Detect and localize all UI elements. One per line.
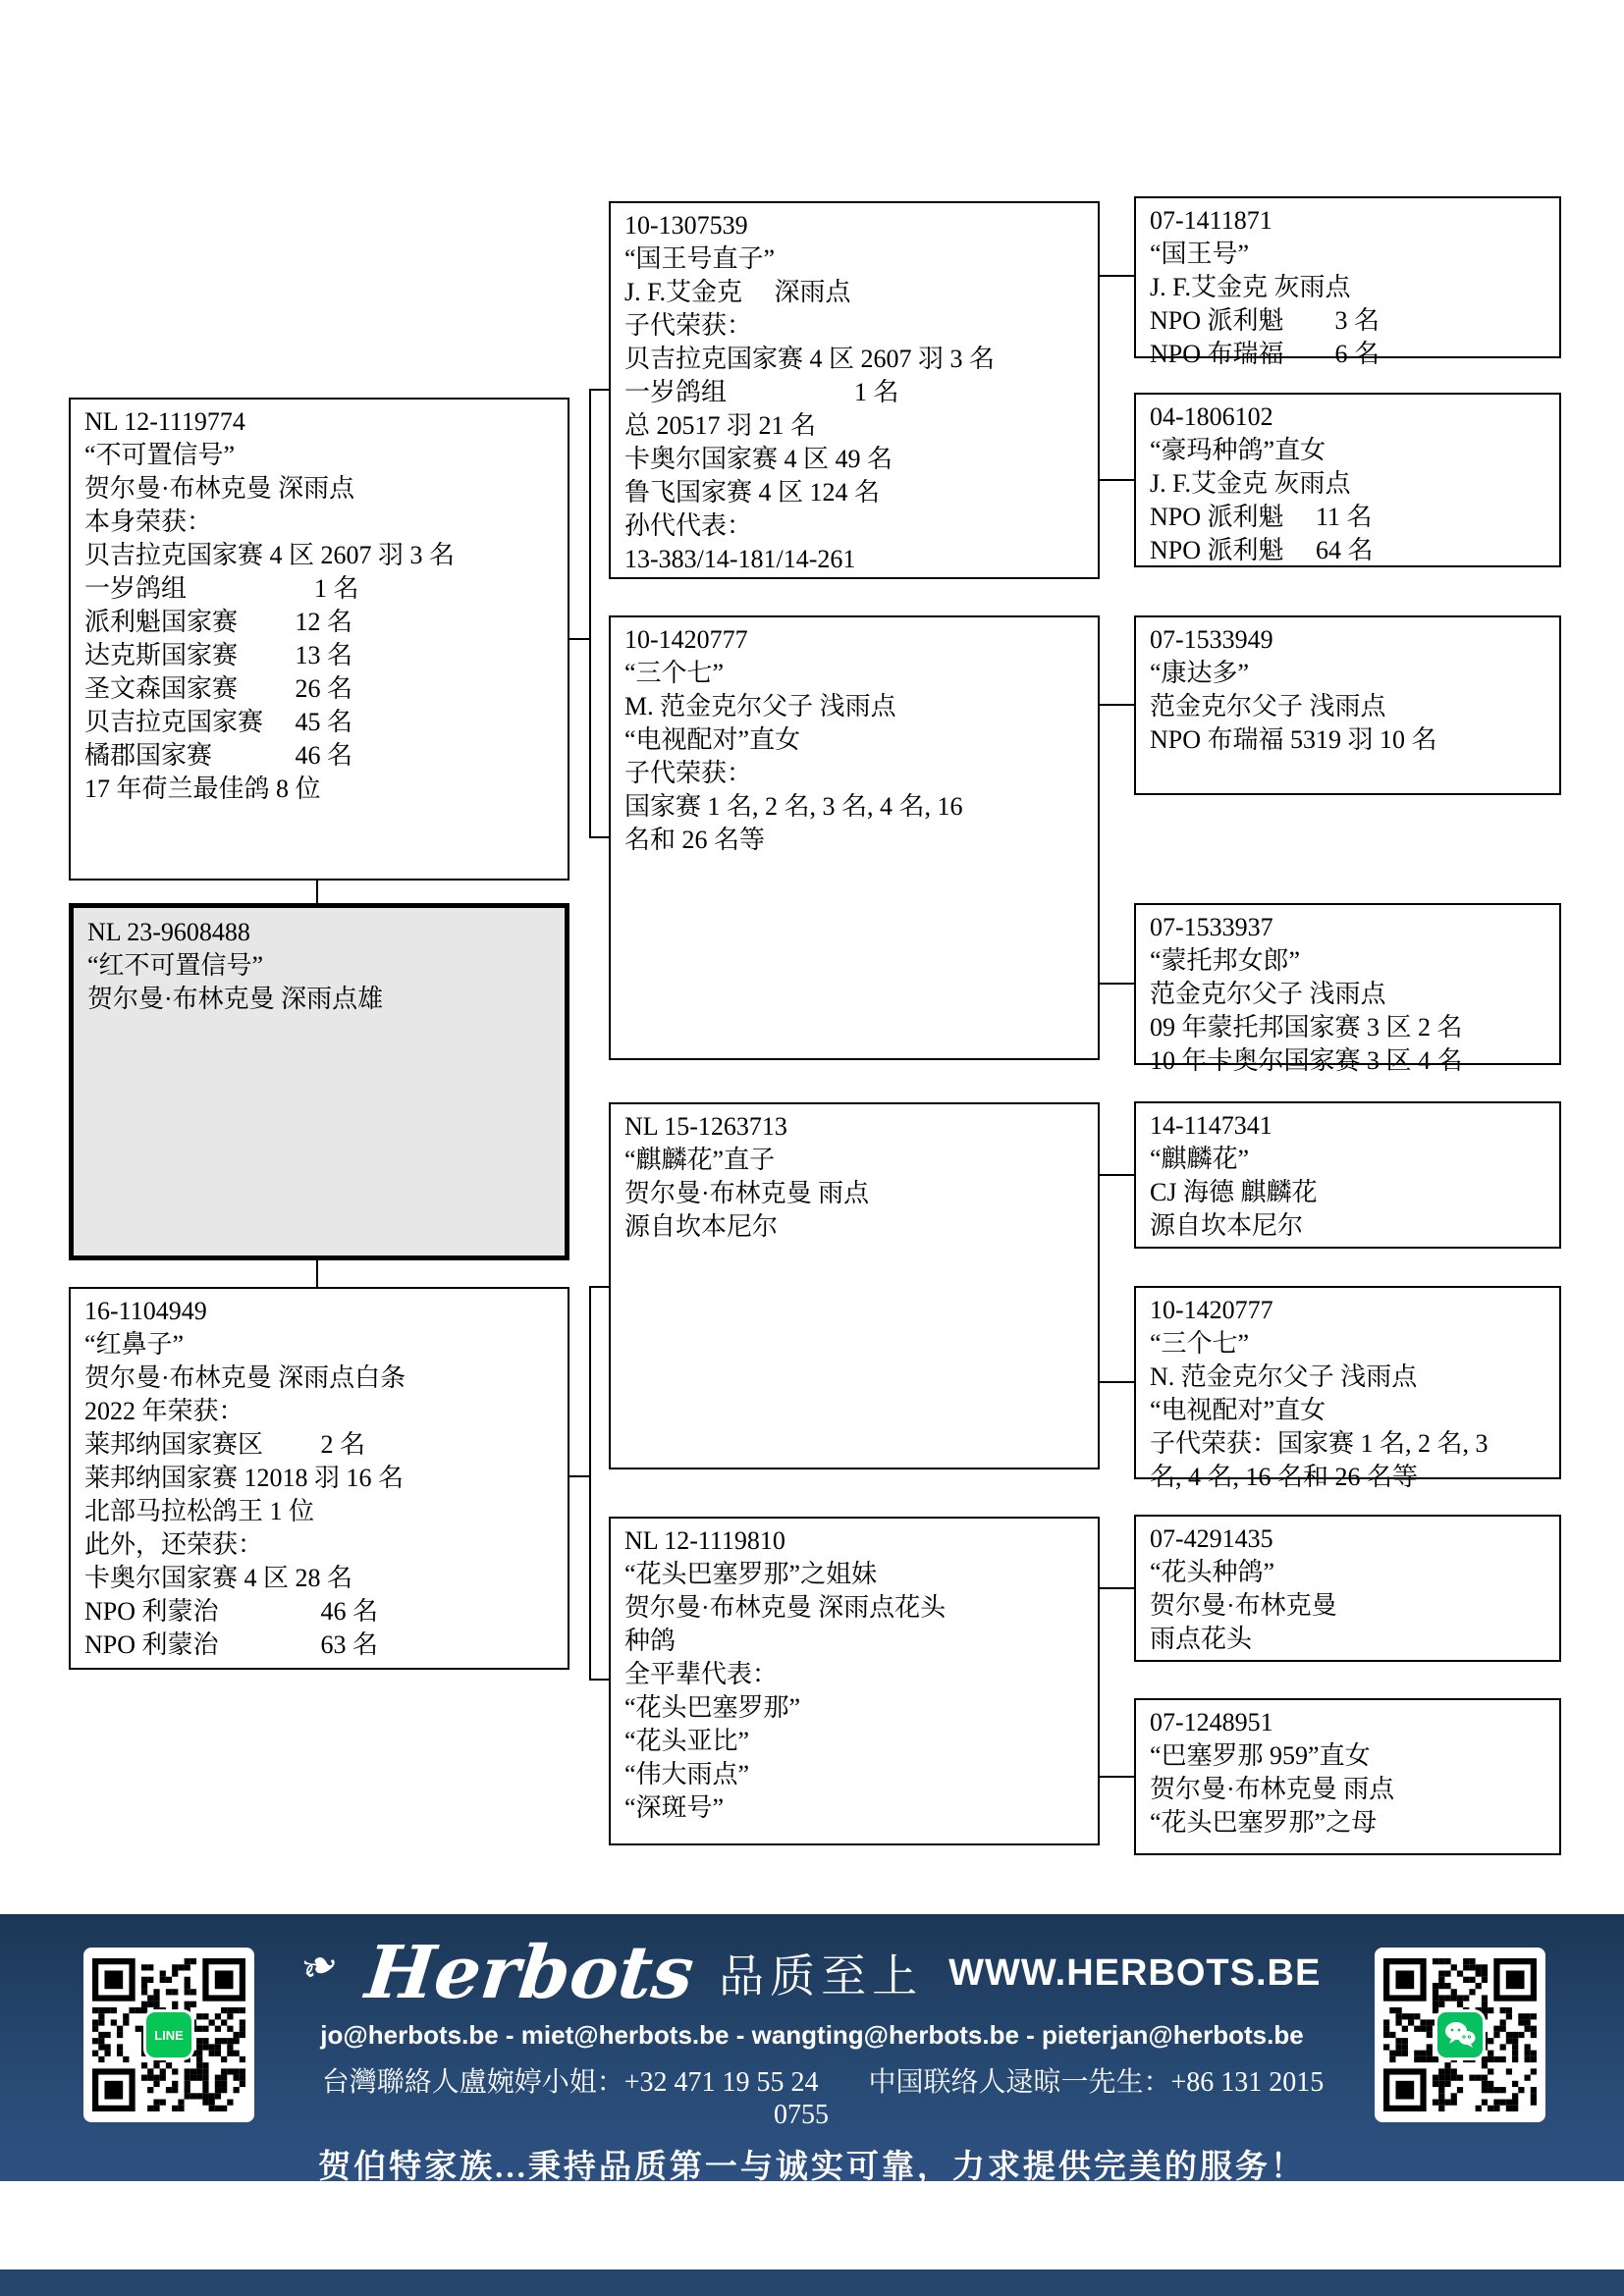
text-line: “三个七” — [1150, 1327, 1547, 1361]
text-line: 雨点花头 — [1150, 1623, 1547, 1656]
connector-line — [316, 881, 318, 905]
pedigree-box-father-mother: 10-1420777“三个七”M. 范金克尔父子 浅雨点“电视配对”直女子代荣获… — [609, 615, 1100, 1060]
connector-line — [1100, 275, 1134, 277]
text-line: 07-1248951 — [1150, 1706, 1547, 1739]
text-line: 名, 4 名, 16 名和 26 名等 — [1150, 1461, 1547, 1494]
wechat-bubbles-glyph — [1443, 2020, 1477, 2050]
connector-line — [589, 389, 609, 391]
footer-contacts: 台灣聯絡人盧婉婷小姐：+32 471 19 55 24 中国联络人逯晾一先生：+… — [270, 2060, 1354, 2131]
text-line: 10-1420777 — [1150, 1294, 1547, 1327]
text-line: NPO 利蒙治 63 名 — [84, 1629, 556, 1662]
text-line: 种鸽 — [624, 1625, 1086, 1658]
text-line: 07-1411871 — [1150, 204, 1547, 238]
text-line: NPO 派利魁 64 名 — [1150, 534, 1547, 567]
text-line: 橘郡国家赛 46 名 — [84, 739, 556, 773]
text-line: 贝吉拉克国家赛 45 名 — [84, 706, 556, 739]
pedigree-box-mother-mother: NL 12-1119810“花头巴塞罗那”之姐妹贺尔曼·布林克曼 深雨点花头种鸽… — [609, 1517, 1100, 1845]
text-line: 源自坎本尼尔 — [624, 1210, 1086, 1244]
text-line: 贺尔曼·布林克曼 深雨点白条 — [84, 1362, 556, 1395]
text-line: “电视配对”直女 — [1150, 1394, 1547, 1427]
text-line: 贺尔曼·布林克曼 深雨点雄 — [87, 983, 553, 1016]
footer-slogan: 贺伯特家族...秉持品质第一与诚实可靠，力求提供完美的服务！ — [270, 2141, 1354, 2187]
pedigree-box-father-father: 10-1307539“国王号直子”J. F.艾金克 深雨点子代荣获：贝吉拉克国家… — [609, 201, 1100, 579]
text-line: “电视配对”直女 — [624, 723, 1086, 757]
connector-line — [589, 389, 591, 838]
text-line: “花头亚比” — [624, 1725, 1086, 1758]
text-line: “花头巴塞罗那”之姐妹 — [624, 1558, 1086, 1591]
text-line: NPO 利蒙治 46 名 — [84, 1595, 556, 1629]
text-line: “红鼻子” — [84, 1328, 556, 1362]
text-line: “伟大雨点” — [624, 1758, 1086, 1791]
pedigree-box-mother-father: NL 15-1263713“麒麟花”直子贺尔曼·布林克曼 雨点源自坎本尼尔 — [609, 1102, 1100, 1469]
footer-logo-row: ❧ Herbots 品质至上 WWW.HERBOTS.BE — [270, 1928, 1354, 2018]
herbots-logo: Herbots — [362, 1937, 697, 2009]
text-line: 鲁飞国家赛 4 区 124 名 — [624, 476, 1086, 509]
text-line: NL 15-1263713 — [624, 1110, 1086, 1144]
text-line: 范金克尔父子 浅雨点 — [1150, 690, 1547, 723]
pedigree-box-mmm: 07-1248951“巴塞罗那 959”直女贺尔曼·布林克曼 雨点“花头巴塞罗那… — [1134, 1698, 1561, 1855]
pedigree-box-mff: 14-1147341“麒麟花”CJ 海德 麒麟花源自坎本尼尔 — [1134, 1101, 1561, 1249]
wechat-icon — [1435, 2009, 1486, 2060]
bottom-page-bar — [0, 2269, 1624, 2296]
text-line: 贝吉拉克国家赛 4 区 2607 羽 3 名 — [624, 343, 1086, 376]
text-line: J. F.艾金克 灰雨点 — [1150, 467, 1547, 501]
text-line: 贺尔曼·布林克曼 雨点 — [1150, 1773, 1547, 1806]
text-line: 14-1147341 — [1150, 1109, 1547, 1143]
text-line: 07-1533949 — [1150, 623, 1547, 657]
text-line: 范金克尔父子 浅雨点 — [1150, 978, 1547, 1011]
footer-emails: jo@herbots.be - miet@herbots.be - wangti… — [270, 2020, 1354, 2051]
pedigree-box-fmm: 07-1533937“蒙托邦女郎”范金克尔父子 浅雨点09 年蒙托邦国家赛 3 … — [1134, 903, 1561, 1065]
text-line: “三个七” — [624, 657, 1086, 690]
text-line: “花头巴塞罗那” — [624, 1691, 1086, 1725]
text-line: 本身荣获： — [84, 506, 556, 539]
text-line: 贺尔曼·布林克曼 — [1150, 1589, 1547, 1623]
connector-line — [589, 1286, 591, 1681]
text-line: 贺尔曼·布林克曼 深雨点 — [84, 472, 556, 506]
connector-line — [589, 1679, 609, 1681]
text-line: 贝吉拉克国家赛 4 区 2607 羽 3 名 — [84, 539, 556, 572]
text-line: 派利魁国家赛 12 名 — [84, 606, 556, 639]
text-line: “麒麟花” — [1150, 1143, 1547, 1176]
text-line: “国王号直子” — [624, 242, 1086, 276]
footer-tagline: 品质至上 — [719, 1941, 923, 2005]
connector-line — [1100, 1587, 1134, 1589]
text-line: 莱邦纳国家赛 12018 羽 16 名 — [84, 1462, 556, 1495]
connector-line — [1100, 704, 1134, 706]
text-line: M. 范金克尔父子 浅雨点 — [624, 690, 1086, 723]
text-line: NL 12-1119774 — [84, 405, 556, 439]
text-line: 子代荣获：国家赛 1 名, 2 名, 3 — [1150, 1427, 1547, 1461]
text-line: 达克斯国家赛 13 名 — [84, 639, 556, 672]
text-line: “康达多” — [1150, 657, 1547, 690]
text-line: 04-1806102 — [1150, 400, 1547, 434]
connector-line — [1100, 1776, 1134, 1778]
connector-line — [1100, 1174, 1134, 1176]
text-line: 此外，还荣获： — [84, 1528, 556, 1562]
text-line: 子代荣获： — [624, 309, 1086, 343]
text-line: “花头种鸽” — [1150, 1556, 1547, 1589]
text-line: “豪玛种鸽”直女 — [1150, 434, 1547, 467]
pedigree-box-ffm: 04-1806102“豪玛种鸽”直女J. F.艾金克 灰雨点NPO 派利魁 11… — [1134, 393, 1561, 567]
text-line: 卡奥尔国家赛 4 区 49 名 — [624, 443, 1086, 476]
connector-line — [1100, 1381, 1134, 1383]
text-line: 2022 年荣获： — [84, 1395, 556, 1428]
pedigree-box-mmf: 07-4291435“花头种鸽”贺尔曼·布林克曼雨点花头 — [1134, 1515, 1561, 1662]
feather-icon: ❧ — [293, 1935, 347, 1998]
footer-banner: LINE ❧ Herbots 品质至上 — [0, 1914, 1624, 2181]
text-line: 名和 26 名等 — [624, 824, 1086, 857]
pedigree-box-mfm: 10-1420777“三个七”N. 范金克尔父子 浅雨点“电视配对”直女子代荣获… — [1134, 1286, 1561, 1479]
text-line: “花头巴塞罗那”之母 — [1150, 1806, 1547, 1840]
text-line: 卡奥尔国家赛 4 区 28 名 — [84, 1562, 556, 1595]
text-line: 一岁鸽组 1 名 — [84, 572, 556, 606]
wechat-qr-code — [1375, 1948, 1545, 2122]
text-line: “深斑号” — [624, 1791, 1086, 1825]
pedigree-box-subject: NL 23-9608488“红不可置信号”贺尔曼·布林克曼 深雨点雄 — [69, 903, 569, 1260]
text-line: NPO 派利魁 11 名 — [1150, 501, 1547, 534]
connector-line — [1100, 983, 1134, 985]
text-line: “红不可置信号” — [87, 949, 553, 983]
text-line: “国王号” — [1150, 238, 1547, 271]
text-line: NPO 派利魁 3 名 — [1150, 304, 1547, 338]
pedigree-box-mother: 16-1104949“红鼻子”贺尔曼·布林克曼 深雨点白条2022 年荣获：莱邦… — [69, 1287, 569, 1670]
footer-content: ❧ Herbots 品质至上 WWW.HERBOTS.BE jo@herbots… — [270, 1928, 1354, 2187]
text-line: 国家赛 1 名, 2 名, 3 名, 4 名, 16 — [624, 790, 1086, 824]
text-line: 总 20517 羽 21 名 — [624, 409, 1086, 443]
text-line: 一岁鸽组 1 名 — [624, 376, 1086, 409]
text-line: “巴塞罗那 959”直女 — [1150, 1739, 1547, 1773]
line-qr-code: LINE — [83, 1948, 254, 2122]
text-line: 16-1104949 — [84, 1295, 556, 1328]
text-line: NPO 布瑞福 6 名 — [1150, 338, 1547, 371]
text-line: NPO 布瑞福 5319 羽 10 名 — [1150, 723, 1547, 757]
text-line: 莱邦纳国家赛区 2 名 — [84, 1428, 556, 1462]
connector-line — [316, 1258, 318, 1289]
text-line: 圣文森国家赛 26 名 — [84, 672, 556, 706]
connector-line — [589, 1286, 609, 1288]
text-line: 17 年荷兰最佳鸽 8 位 — [84, 773, 556, 806]
text-line: 10 年卡奥尔国家赛 3 区 4 名 — [1150, 1044, 1547, 1078]
text-line: 北部马拉松鸽王 1 位 — [84, 1495, 556, 1528]
text-line: “蒙托邦女郎” — [1150, 944, 1547, 978]
text-line: NL 23-9608488 — [87, 916, 553, 949]
contact-china: 中国联络人逯晾一先生：+86 131 2015 0755 — [774, 2067, 1324, 2130]
text-line: 源自坎本尼尔 — [1150, 1209, 1547, 1243]
connector-line — [569, 638, 591, 640]
connector-line — [589, 836, 609, 838]
footer-website: WWW.HERBOTS.BE — [948, 1952, 1321, 1995]
contact-taiwan: 台灣聯絡人盧婉婷小姐：+32 471 19 55 24 — [322, 2067, 819, 2098]
connector-line — [569, 1475, 591, 1477]
text-line: CJ 海德 麒麟花 — [1150, 1176, 1547, 1209]
text-line: N. 范金克尔父子 浅雨点 — [1150, 1361, 1547, 1394]
text-line: 子代荣获： — [624, 757, 1086, 790]
pedigree-box-fff: 07-1411871“国王号”J. F.艾金克 灰雨点NPO 派利魁 3 名NP… — [1134, 196, 1561, 358]
text-line: 07-4291435 — [1150, 1522, 1547, 1556]
text-line: 07-1533937 — [1150, 911, 1547, 944]
text-line: 10-1307539 — [624, 209, 1086, 242]
connector-line — [1100, 479, 1134, 481]
pedigree-document: NL 23-9608488“红不可置信号”贺尔曼·布林克曼 深雨点雄 NL 12… — [0, 0, 1624, 2296]
text-line: 10-1420777 — [624, 623, 1086, 657]
text-line: “不可置信号” — [84, 439, 556, 472]
pedigree-box-father: NL 12-1119774“不可置信号”贺尔曼·布林克曼 深雨点本身荣获：贝吉拉… — [69, 398, 569, 881]
text-line: 13-383/14-181/14-261 — [624, 543, 1086, 576]
text-line: J. F.艾金克 灰雨点 — [1150, 271, 1547, 304]
text-line: J. F.艾金克 深雨点 — [624, 276, 1086, 309]
line-icon: LINE — [143, 2009, 194, 2060]
text-line: 贺尔曼·布林克曼 雨点 — [624, 1177, 1086, 1210]
text-line: 09 年蒙托邦国家赛 3 区 2 名 — [1150, 1011, 1547, 1044]
text-line: 全平辈代表： — [624, 1658, 1086, 1691]
text-line: NL 12-1119810 — [624, 1524, 1086, 1558]
text-line: 贺尔曼·布林克曼 深雨点花头 — [624, 1591, 1086, 1625]
text-line: “麒麟花”直子 — [624, 1144, 1086, 1177]
text-line: 孙代代表： — [624, 509, 1086, 543]
pedigree-box-fmf: 07-1533949“康达多”范金克尔父子 浅雨点NPO 布瑞福 5319 羽 … — [1134, 615, 1561, 795]
